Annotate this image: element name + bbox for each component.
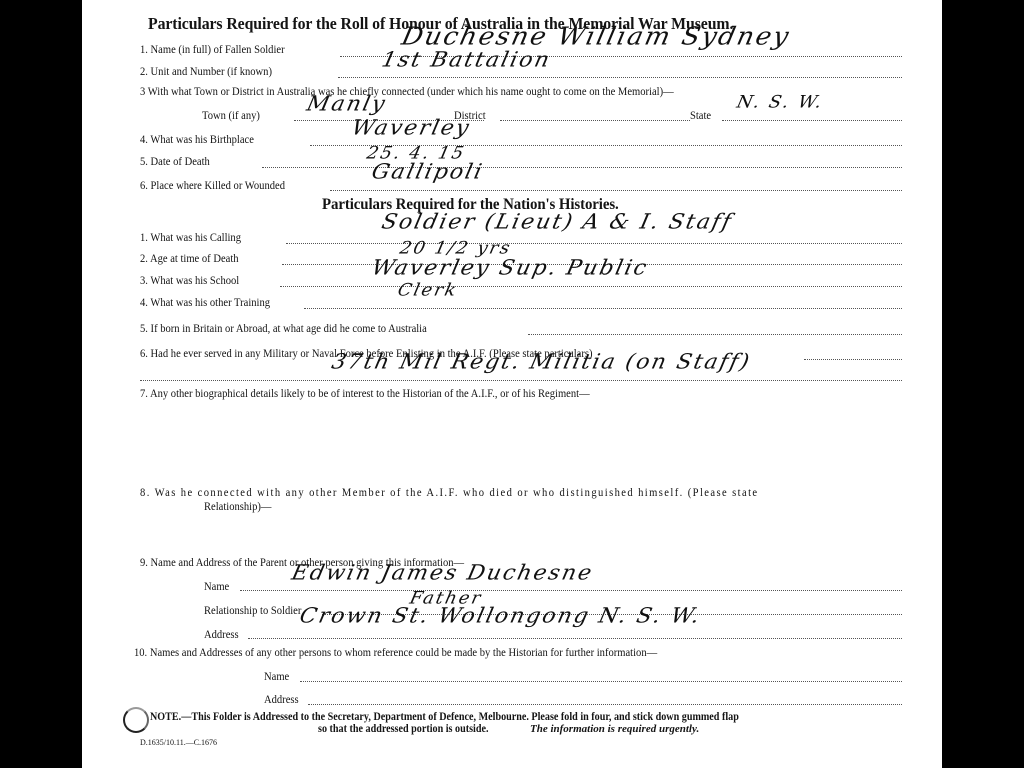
h8-relationship-label: Relationship)— <box>204 499 271 514</box>
h10-name-line <box>300 681 902 682</box>
note-urgent: The information is required urgently. <box>530 723 699 735</box>
q2-unit-label: 2. Unit and Number (if known) <box>140 64 272 79</box>
q3-district-line <box>500 120 690 121</box>
h4-training-label: 4. What was his other Training <box>140 295 270 310</box>
document-page: Particulars Required for the Roll of Hon… <box>82 0 942 768</box>
h3-school-answer: Waverley Sup. Public <box>369 257 650 281</box>
q1-name-answer: Duchesne William Sydney <box>399 23 793 52</box>
q3-state-line <box>722 120 902 121</box>
q3-town-answer: Manly <box>304 93 388 117</box>
q6-place-answer: Gallipoli <box>369 161 485 185</box>
seal-stamp-icon <box>123 707 149 733</box>
h7-biography-label: 7. Any other biographical details likely… <box>140 386 590 401</box>
h2-age-label: 2. Age at time of Death <box>140 251 239 266</box>
h10-name-label: Name <box>264 669 289 684</box>
note-line-2: so that the addressed portion is outside… <box>318 723 488 735</box>
h9-name-label: Name <box>204 579 229 594</box>
h1-line <box>286 243 902 244</box>
h9-address-answer: Crown St. Wollongong N. S. W. <box>297 605 703 629</box>
h10-references-label: 10. Names and Addresses of any other per… <box>134 645 657 660</box>
q5-death-date-label: 5. Date of Death <box>140 154 210 169</box>
h9-address-label: Address <box>204 627 239 642</box>
q3-town-district-label: 3 With what Town or District in Australi… <box>140 84 674 99</box>
h8-connected-label: 8. Was he connected with any other Membe… <box>140 485 759 500</box>
q6-place-label: 6. Place where Killed or Wounded <box>140 178 285 193</box>
h6-line <box>804 359 902 360</box>
h1-calling-answer: Soldier (Lieut) A & I. Staff <box>379 211 734 235</box>
note-line-1: NOTE.—This Folder is Addressed to the Se… <box>150 711 739 723</box>
h6-military-answer: 37th Mil Regt. Militia (on Staff) <box>329 351 753 375</box>
h2-age-answer: 20 1/2 yrs <box>398 239 514 259</box>
form-code: D.1635/10.11.—C.1676 <box>140 738 217 747</box>
h1-calling-label: 1. What was his Calling <box>140 230 241 245</box>
h5-abroad-label: 5. If born in Britain or Abroad, at what… <box>140 321 427 336</box>
h4-training-answer: Clerk <box>396 281 460 301</box>
q6-line <box>330 190 902 191</box>
q4-birthplace-label: 4. What was his Birthplace <box>140 132 254 147</box>
h10-address-label: Address <box>264 692 299 707</box>
q3-town-label: Town (if any) <box>202 108 260 123</box>
h10-address-line <box>308 704 902 705</box>
h6-line-2 <box>140 380 902 381</box>
q5-line <box>262 167 902 168</box>
q2-unit-answer: 1st Battalion <box>379 49 553 73</box>
q3-state-answer: N. S. W. <box>735 93 826 113</box>
h9-relationship-label: Relationship to Soldier <box>204 603 301 618</box>
h5-line <box>528 334 902 335</box>
h3-school-label: 3. What was his School <box>140 273 239 288</box>
h3-line <box>280 286 902 287</box>
q2-line <box>338 77 902 78</box>
q4-birthplace-answer: Waverley <box>349 117 472 141</box>
q1-name-label: 1. Name (in full) of Fallen Soldier <box>140 42 285 57</box>
h4-line <box>304 308 902 309</box>
h9-name-line <box>240 590 902 591</box>
q3-state-label: State <box>690 108 711 123</box>
h9-name-answer: Edwin James Duchesne <box>289 562 595 586</box>
h9-address-line <box>248 638 902 639</box>
